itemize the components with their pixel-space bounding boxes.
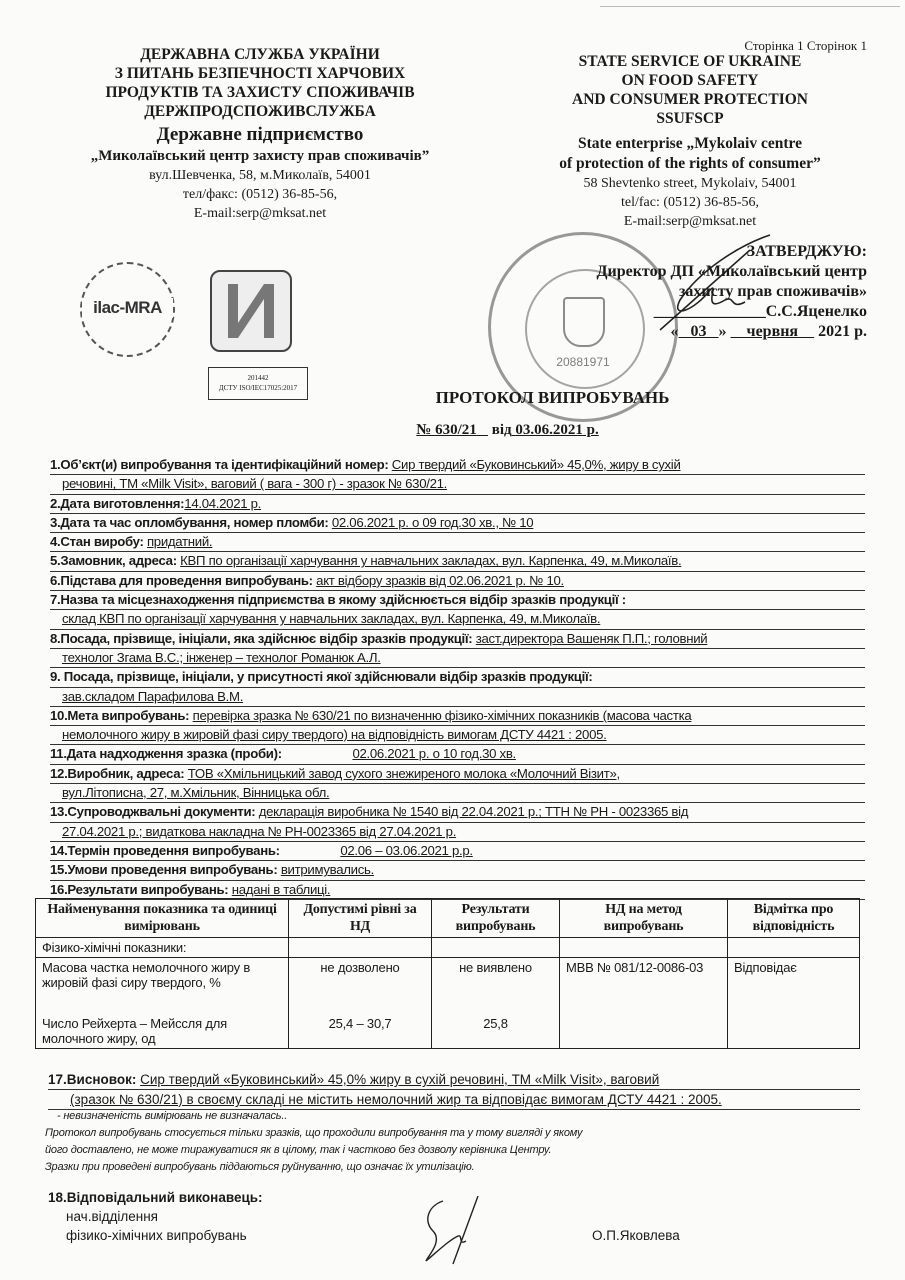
item-row-continued: зав.складом Парафилова В.М. [50, 688, 865, 707]
enterprise-name-line: of protection of the rights of consumer” [525, 154, 855, 174]
item-row-continued: речовині, ТМ «Milk Visit», ваговий ( ваг… [50, 475, 865, 494]
conclusion-line: (зразок № 630/21) в своєму складі не міс… [48, 1090, 860, 1110]
agency-line: SSUFSCP [525, 109, 855, 128]
protocol-number: № 630/21 від 03.06.2021 р. [0, 422, 905, 439]
responsible-role: нач.відділення [48, 1207, 263, 1226]
note-line: Зразки при проведені випробувань піддают… [45, 1159, 582, 1176]
responsible-role: фізико-хімічних випробувань [48, 1226, 263, 1245]
accreditation-mark-icon [212, 272, 290, 350]
table-group-row: Фізико-хімічні показники: [36, 938, 860, 958]
item-row: 10.Мета випробувань: перевірка зразка № … [50, 707, 865, 726]
conclusion-line: 17.Висновок: Сир твердий «Буковинський» … [48, 1070, 860, 1090]
approval-date: « 03 » червня 2021 р. [547, 322, 867, 342]
table-row: Масова частка немолочного жиру в жировій… [36, 958, 860, 1049]
col-header-indicator: Найменування показника та одиниці вимірю… [36, 899, 289, 938]
responsible-name: О.П.Яковлева [592, 1228, 680, 1243]
note-line: Протокол випробувань стосується тільки з… [45, 1125, 582, 1142]
item-row: 16.Результати випробувань: надані в табл… [50, 881, 865, 900]
agency-line: ПРОДУКТІВ ТА ЗАХИСТУ СПОЖИВАЧІВ [60, 83, 460, 102]
col-header-method: НД на метод випробувань [560, 899, 728, 938]
approval-position: захисту прав споживачів» [547, 282, 867, 302]
email: E-mail:serp@mksat.net [525, 212, 855, 231]
item-row-continued: немолочного жиру в жировій фазі сиру тве… [50, 726, 865, 745]
item-row-continued: 27.04.2021 р.; видаткова накладна № РН-0… [50, 823, 865, 842]
col-header-results: Результати випробувань [432, 899, 560, 938]
agency-line: ON FOOD SAFETY [525, 71, 855, 90]
note-line: його доставлено, не може тиражуватися як… [45, 1142, 582, 1159]
address: вул.Шевченка, 58, м.Миколаїв, 54001 [60, 166, 460, 185]
item-row-continued: технолог Згама В.С.; інженер – технолог … [50, 649, 865, 668]
responsible-label: 18.Відповідальний виконавець: [48, 1188, 263, 1207]
item-row: 1.Об’єкт(и) випробування та ідентифікаці… [50, 456, 865, 475]
item-row: 12.Виробник, адреса: ТОВ «Хмільницький з… [50, 765, 865, 784]
enterprise-name: „Миколаївський центр захисту прав спожив… [60, 147, 460, 166]
item-row: 2.Дата виготовлення:14.04.2021 р. [50, 495, 865, 514]
notes: - невизначеність вимірювань не визначала… [45, 1108, 582, 1176]
item-row: 9. Посада, прізвище, ініціали, у присутн… [50, 668, 865, 687]
result-value: не виявлено [438, 960, 553, 1016]
table-header-row: Найменування показника та одиниці вимірю… [36, 899, 860, 938]
executor-signature-icon [418, 1196, 488, 1266]
agency-line: ДЕРЖПРОДСПОЖИВСЛУЖБА [60, 102, 460, 121]
item-row: 6.Підстава для проведення випробувань: а… [50, 572, 865, 591]
results-table: Найменування показника та одиниці вимірю… [35, 898, 860, 1049]
stamp-code: 20881971 [491, 355, 675, 369]
ilac-mra-logo: ilac-MRA [80, 262, 175, 357]
conclusion: 17.Висновок: Сир твердий «Буковинський» … [48, 1070, 860, 1110]
item-row-continued: склад КВП по організації харчування у на… [50, 610, 865, 629]
indicator-name: Число Рейхерта – Мейссля для молочного ж… [42, 1016, 282, 1046]
limit-value: 25,4 – 30,7 [295, 1016, 425, 1031]
header-ukrainian: ДЕРЖАВНА СЛУЖБА УКРАЇНИ З ПИТАНЬ БЕЗПЕЧН… [60, 45, 460, 223]
approval-signatory: ______________С.С.Яценелко [547, 302, 867, 322]
item-row: 5.Замовник, адреса: КВП по організації х… [50, 552, 865, 571]
col-header-compliance: Відмітка про відповідність [728, 899, 860, 938]
scan-artifact-line [600, 6, 900, 7]
item-row: 13.Супроводжвальні документи: декларація… [50, 803, 865, 822]
item-row: 15.Умови проведення випробувань: витриму… [50, 861, 865, 880]
protocol-title: ПРОТОКОЛ ВИПРОБУВАНЬ [0, 388, 905, 408]
address: 58 Shevtenko street, Mykolaiv, 54001 [525, 174, 855, 193]
agency-line: AND CONSUMER PROTECTION [525, 90, 855, 109]
email: E-mail:serp@mksat.net [60, 204, 460, 223]
responsible-block: 18.Відповідальний виконавець: нач.відділ… [48, 1188, 263, 1245]
agency-line: STATE SERVICE OF UKRAINE [525, 52, 855, 71]
agency-line: ДЕРЖАВНА СЛУЖБА УКРАЇНИ [60, 45, 460, 64]
col-header-limits: Допустимі рівні за НД [289, 899, 432, 938]
item-row-continued: вул.Літописна, 27, м.Хмільник, Вінницька… [50, 784, 865, 803]
compliance-value: Відповідає [728, 958, 860, 1049]
item-row: 3.Дата та час опломбування, номер пломби… [50, 514, 865, 533]
indicator-name: Масова частка немолочного жиру в жировій… [42, 960, 282, 1016]
limit-value: не дозволено [295, 960, 425, 1016]
accreditation-number: 201442 [209, 373, 307, 383]
item-row: 11.Дата надходження зразка (проби): 02.0… [50, 745, 865, 764]
phone: тел/факс: (0512) 36-85-56, [60, 185, 460, 204]
phone: tel/fac: (0512) 36-85-56, [525, 193, 855, 212]
item-row: 7.Назва та місцезнаходження підприємства… [50, 591, 865, 610]
item-row: 4.Стан виробу: придатний. [50, 533, 865, 552]
enterprise-type: Державне підприємство [60, 123, 460, 147]
approval-block: ЗАТВЕРДЖУЮ: Директор ДП «Миколаївський ц… [547, 242, 867, 342]
item-row: 8.Посада, прізвище, ініціали, яка здійсн… [50, 630, 865, 649]
header-english: STATE SERVICE OF UKRAINE ON FOOD SAFETY … [525, 52, 855, 231]
ilac-logo-text: ilac-MRA [82, 298, 173, 318]
agency-line: З ПИТАНЬ БЕЗПЕЧНОСТІ ХАРЧОВИХ [60, 64, 460, 83]
approval-position: Директор ДП «Миколаївський центр [547, 262, 867, 282]
item-row: 14.Термін проведення випробувань: 02.06 … [50, 842, 865, 861]
enterprise-name-line: State enterprise „Mykolaiv centre [525, 134, 855, 154]
result-value: 25,8 [438, 1016, 553, 1031]
approval-heading: ЗАТВЕРДЖУЮ: [547, 242, 867, 262]
accreditation-logo [210, 270, 292, 352]
note-line: - невизначеність вимірювань не визначала… [45, 1108, 582, 1125]
method-value: МВВ № 081/12-0086-03 [560, 958, 728, 1049]
protocol-items: 1.Об’єкт(и) випробування та ідентифікаці… [50, 456, 865, 900]
group-label: Фізико-хімічні показники: [36, 938, 289, 958]
